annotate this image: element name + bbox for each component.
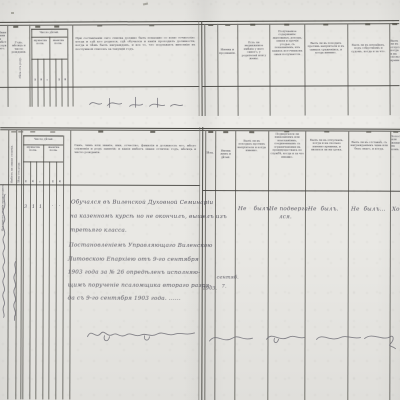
children-mark-label: ж [31,162,35,182]
retirement-entry: Не былъ... [351,206,389,219]
date-year-entry: 1903. [203,285,215,298]
children-mark-label: ж [58,163,62,183]
penalties-column-header: Подвергался ли наказаніямъ или взысканія… [270,132,304,186]
children-sub-header: женска пола. [45,145,62,160]
col-number-mark [30,131,35,133]
handwritten-entry-line: на казенномъ курсѣ но не окончилъ, вышел… [70,213,198,226]
column-rule [35,161,37,399]
column-rule [55,161,57,399]
leaves-column-header: Былъ ли въ отпускахъ, когда и на сколько… [307,138,346,178]
vertical-handwriting [1,192,8,318]
leaves-entry: Не былъ. [308,205,340,218]
handwritten-entry-line: Постановленіемъ Управляющаго Виленскою [69,242,199,255]
family-names-column-header: Имена женъ и дѣтей. [217,149,234,169]
children-box-line [23,161,64,162]
instruction-text: Санъ, чинъ или званіе, имя, отчество, фа… [74,144,196,180]
column-rule [29,161,31,399]
marital-column-header: Холостъ или женатъ, на комъ. [391,135,400,180]
campaigns-entry: Не былъ. [238,205,268,218]
col-number-mark [98,131,103,133]
column-rule [42,144,44,399]
col-number-mark [249,131,254,133]
penalties-entry: лся. [279,213,297,226]
distinction-column-header: Имѣетъ ли знаки отличія. [10,136,16,183]
handwritten-entry-line: Литовскою Епархіею отъ 9-го сентября [68,256,198,269]
scanned-ledger-page: Званіе, имя и мѣсто служенія его. Годъ, … [0,0,400,400]
handwritten-entry-line: Обучался въ Виленской Духовной Семинаріи [71,199,199,212]
column-rule [48,161,50,399]
marital-entry: Хо- [391,206,400,219]
tally-mark: 1 [38,203,46,216]
handwritten-entry-line: третьяго класса. [70,226,140,239]
handwritten-entry-line: да съ 9-го сентября 1903 года. ...... [68,295,198,308]
handwritten-entry-line: 1903 года за № 26 опредѣленъ исполняю- [68,269,198,282]
col-number-mark [150,131,155,133]
age-column-header: Лѣта отъ роду. [17,136,21,183]
column-rule [234,130,236,400]
header-rule [203,190,400,192]
col-number-mark [50,131,55,133]
campaigns-column-header: Былъ ли въ походахъ противъ непріятеля и… [237,139,266,179]
signature-handwriting [84,324,199,344]
vertical-handwriting [11,259,19,321]
col-number-mark [324,131,329,133]
col-number-mark [223,131,228,133]
col-number-mark [208,131,213,133]
tally-mark: · [58,203,66,216]
retirement-column-header: Былъ ли въ отставкѣ, съ награжденіемъ чи… [350,141,388,177]
children-mark-label: о [38,162,42,182]
bottom-strip: Изъ какого званія происходитъ. Имѣетъ ли… [0,0,400,400]
fold-line [198,127,200,400]
column-rule [62,136,64,400]
col-number-mark [393,131,398,133]
column-rule [214,130,216,400]
column-rule [347,131,349,400]
handwritten-entry-line: щимъ порученіе псаломщика втораго разря- [68,282,198,295]
children-mark-label: м [24,162,28,182]
children-mark-label: м [51,162,55,182]
column-rule [204,130,206,400]
children-count-header: Число дѣтей. [24,137,63,144]
children-sub-header: мужеска пола. [24,145,42,160]
signature-handwriting [204,326,396,353]
age-column-header: Лѣта. [205,151,214,165]
date-day-entry: 7. [222,283,230,296]
col-number-mark [366,131,371,133]
column-rule [304,130,306,400]
